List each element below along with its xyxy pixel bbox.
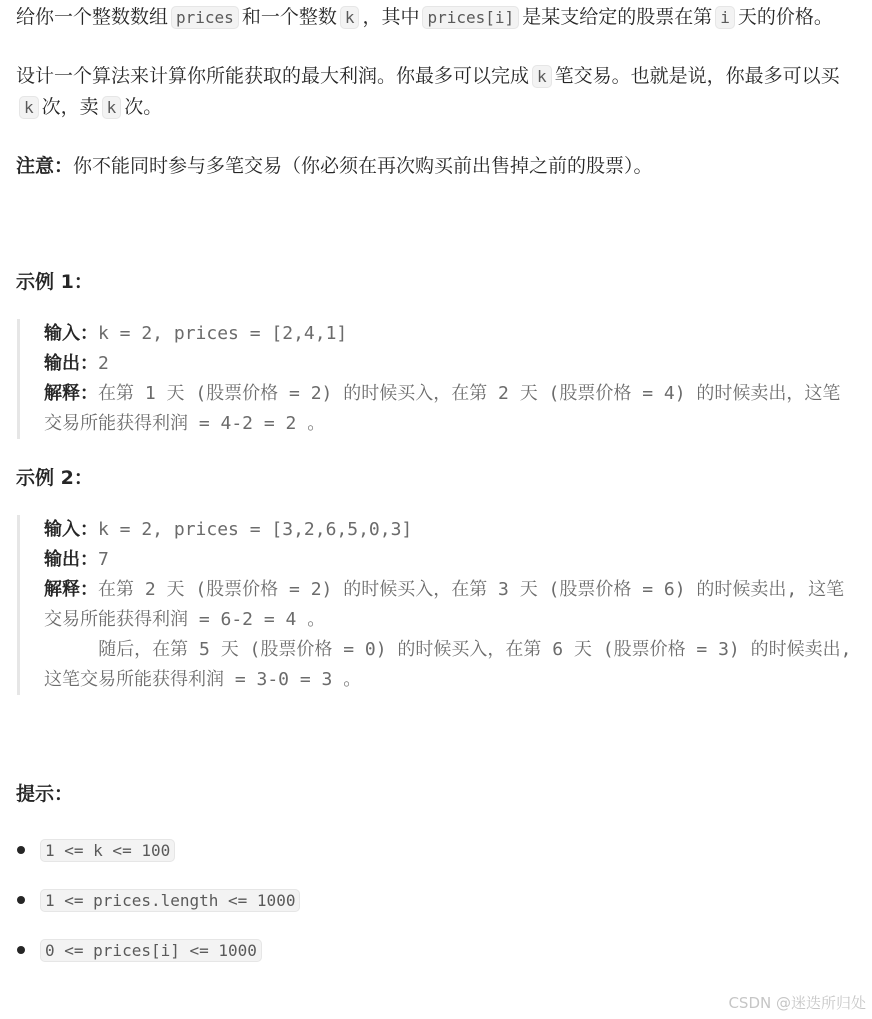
bullet-icon xyxy=(17,846,25,854)
explanation-label: 解释： xyxy=(44,579,98,600)
text: 是某支给定的股票在第 xyxy=(522,6,712,28)
inline-code: k xyxy=(19,96,39,119)
input-value: k = 2, prices = [2,4,1] xyxy=(98,323,347,344)
note-label: 注意： xyxy=(16,155,73,177)
example-1-input: 输入：k = 2, prices = [2,4,1] xyxy=(44,319,856,349)
constraint-item: 1 <= k <= 100 xyxy=(16,835,856,885)
example-1-output: 输出：2 xyxy=(44,349,856,379)
text: 天的价格。 xyxy=(738,6,833,28)
input-value: k = 2, prices = [3,2,6,5,0,3] xyxy=(98,519,412,540)
output-value: 7 xyxy=(98,549,109,570)
constraint-item: 1 <= prices.length <= 1000 xyxy=(16,885,856,935)
input-label: 输入： xyxy=(44,323,98,344)
inline-code: prices xyxy=(171,6,239,29)
constraints-title: 提示： xyxy=(16,779,856,809)
inline-code: k xyxy=(340,6,360,29)
constraint-code: 1 <= prices.length <= 1000 xyxy=(40,889,300,912)
text: 次，卖 xyxy=(42,96,99,118)
example-2-block: 输入：k = 2, prices = [3,2,6,5,0,3] 输出：7 解释… xyxy=(17,515,856,695)
text: 和一个整数 xyxy=(242,6,337,28)
text: 给你一个整数数组 xyxy=(16,6,168,28)
constraint-code: 0 <= prices[i] <= 1000 xyxy=(40,939,262,962)
bullet-icon xyxy=(17,896,25,904)
example-2-input: 输入：k = 2, prices = [3,2,6,5,0,3] xyxy=(44,515,856,545)
note-paragraph: 注意：你不能同时参与多笔交易（你必须在再次购买前出售掉之前的股票）。 xyxy=(16,151,856,181)
inline-code: prices[i] xyxy=(422,6,519,29)
example-2-title: 示例 2： xyxy=(16,463,856,493)
example-2-output: 输出：7 xyxy=(44,545,856,575)
example-1-title: 示例 1： xyxy=(16,267,856,297)
constraints-list: 1 <= k <= 100 1 <= prices.length <= 1000… xyxy=(16,835,856,985)
constraint-item: 0 <= prices[i] <= 1000 xyxy=(16,935,856,985)
output-label: 输出： xyxy=(44,549,98,570)
problem-description: 给你一个整数数组prices和一个整数k，其中prices[i]是某支给定的股票… xyxy=(16,0,856,985)
text: ，其中 xyxy=(362,6,419,28)
text: 笔交易。也就是说，你最多可以买 xyxy=(555,65,840,87)
explanation-label: 解释： xyxy=(44,383,98,404)
explanation-value: 在第 2 天 (股票价格 = 2) 的时候买入，在第 3 天 (股票价格 = 6… xyxy=(44,579,862,690)
text: 设计一个算法来计算你所能获取的最大利润。你最多可以完成 xyxy=(16,65,529,87)
inline-code: i xyxy=(715,6,735,29)
explanation-value: 在第 1 天 (股票价格 = 2) 的时候买入，在第 2 天 (股票价格 = 4… xyxy=(44,383,840,434)
watermark: CSDN @迷迭所归处 xyxy=(728,992,866,1013)
input-label: 输入： xyxy=(44,519,98,540)
inline-code: k xyxy=(532,65,552,88)
example-1-block: 输入：k = 2, prices = [2,4,1] 输出：2 解释：在第 1 … xyxy=(17,319,856,439)
bullet-icon xyxy=(17,946,25,954)
constraint-code: 1 <= k <= 100 xyxy=(40,839,175,862)
note-text: 你不能同时参与多笔交易（你必须在再次购买前出售掉之前的股票）。 xyxy=(73,155,653,177)
task-paragraph: 设计一个算法来计算你所能获取的最大利润。你最多可以完成k笔交易。也就是说，你最多… xyxy=(16,61,856,123)
output-value: 2 xyxy=(98,353,109,374)
example-2-explanation: 解释：在第 2 天 (股票价格 = 2) 的时候买入，在第 3 天 (股票价格 … xyxy=(44,575,856,695)
inline-code: k xyxy=(102,96,122,119)
example-1-explanation: 解释：在第 1 天 (股票价格 = 2) 的时候买入，在第 2 天 (股票价格 … xyxy=(44,379,856,439)
output-label: 输出： xyxy=(44,353,98,374)
text: 次。 xyxy=(124,96,162,118)
intro-paragraph: 给你一个整数数组prices和一个整数k，其中prices[i]是某支给定的股票… xyxy=(16,2,856,33)
